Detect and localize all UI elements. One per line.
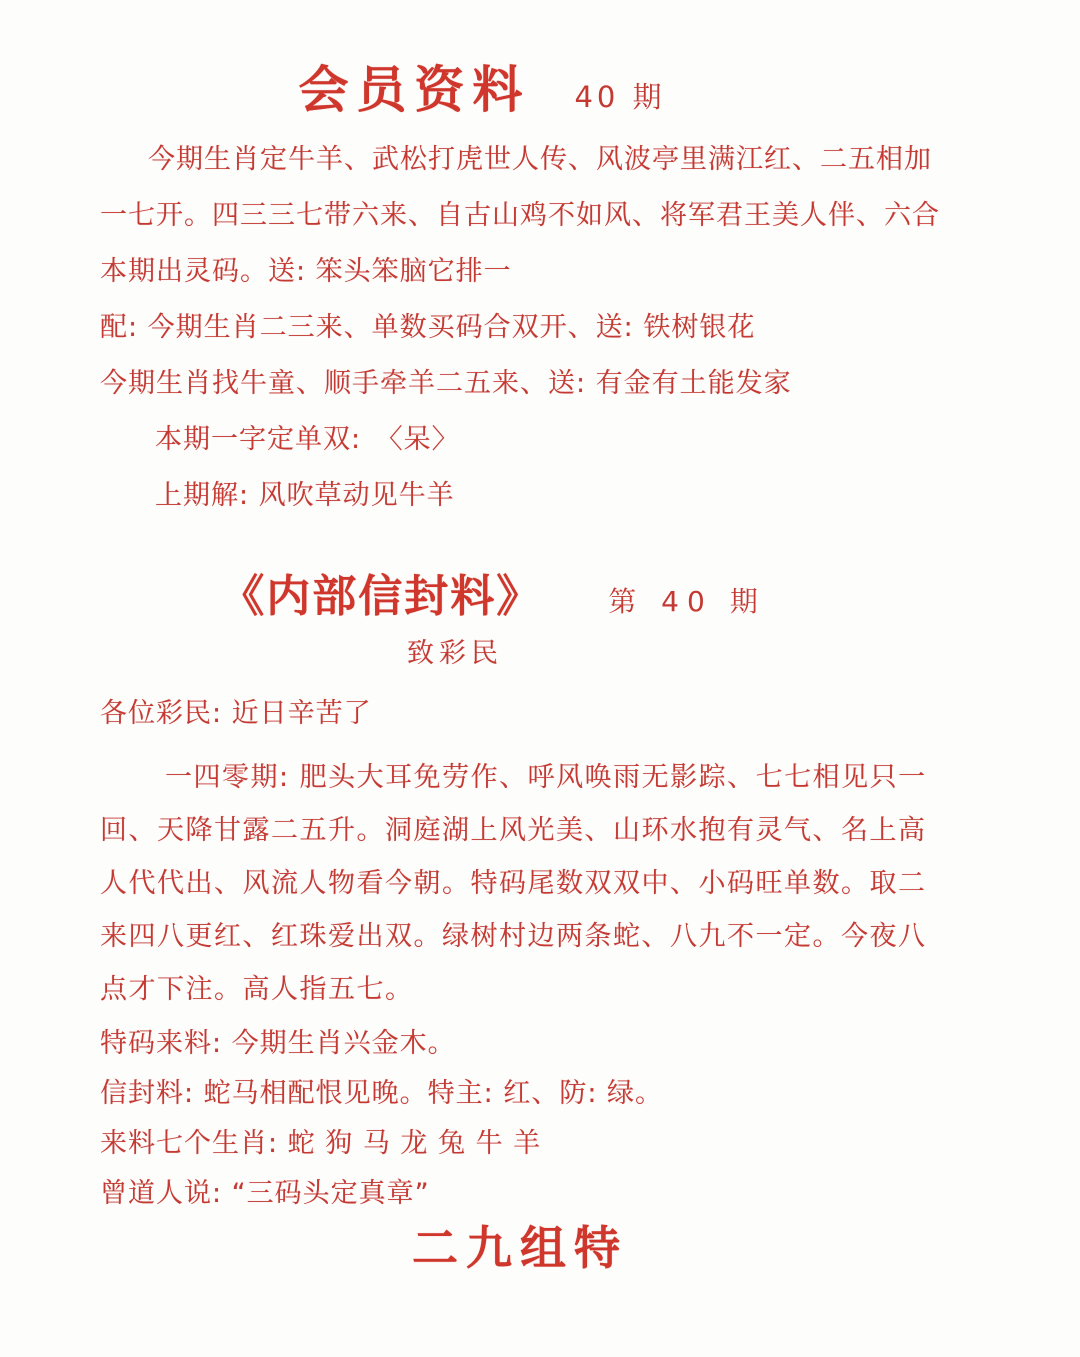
footer-text: 二九组特 bbox=[0, 1215, 1080, 1275]
greeting-line: 各位彩民: 近日辛苦了 bbox=[0, 692, 1080, 728]
paragraph-line-4: 来四八更红、红珠爱出双。绿树村边两条蛇、八九不一定。今夜八 bbox=[0, 907, 1080, 960]
paragraph-line-5: 点才下注。高人指五七。 bbox=[0, 960, 1080, 1013]
member-line-1: 今期生肖定牛羊、武松打虎世人传、风波亭里满江红、二五相加 bbox=[0, 128, 1080, 184]
member-line-4: 配: 今期生肖二三来、单数买码合双开、送: 铁树银花 bbox=[0, 296, 1080, 352]
member-line-7: 上期解: 风吹草动见牛羊 bbox=[0, 464, 1080, 520]
member-section-header: 会员资料 40 期 bbox=[0, 50, 1080, 112]
member-line-3: 本期出灵码。送: 笨头笨脑它排一 bbox=[0, 240, 1080, 296]
member-title: 会员资料 bbox=[298, 50, 530, 122]
paragraph-line-3: 人代代出、风流人物看今朝。特码尾数双双中、小码旺单数。取二 bbox=[0, 854, 1080, 907]
envelope-info-lines: 特码来料: 今期生肖兴金木。 信封料: 蛇马相配恨见晚。特主: 红、防: 绿。 … bbox=[0, 1015, 1080, 1215]
envelope-title: 《内部信封料》 bbox=[220, 560, 542, 624]
envelope-material-line: 信封料: 蛇马相配恨见晚。特主: 红、防: 绿。 bbox=[0, 1065, 1080, 1115]
member-section-body: 今期生肖定牛羊、武松打虎世人传、风波亭里满江红、二五相加 一七开。四三三七带六来… bbox=[0, 128, 1080, 520]
envelope-subtitle: 致彩民 bbox=[0, 634, 1080, 666]
paragraph-line-2: 回、天降甘露二五升。洞庭湖上风光美、山环水抱有灵气、名上高 bbox=[0, 801, 1080, 854]
member-issue-number: 40 期 bbox=[574, 75, 665, 116]
envelope-issue-number: 第 40 期 bbox=[608, 580, 765, 620]
zodiac-list-line: 来料七个生肖: 蛇 狗 马 龙 兔 牛 羊 bbox=[0, 1115, 1080, 1165]
paragraph-line-1: 一四零期: 肥头大耳免劳作、呼风唤雨无影踪、七七相见只一 bbox=[0, 748, 1080, 801]
member-line-2: 一七开。四三三七带六来、自古山鸡不如风、将军君王美人伴、六合 bbox=[0, 184, 1080, 240]
special-code-line: 特码来料: 今期生肖兴金木。 bbox=[0, 1015, 1080, 1065]
quote-line: 曾道人说: “三码头定真章” bbox=[0, 1165, 1080, 1215]
envelope-paragraph: 一四零期: 肥头大耳免劳作、呼风唤雨无影踪、七七相见只一 回、天降甘露二五升。洞… bbox=[0, 748, 1080, 1013]
envelope-section-header: 《内部信封料》 第 40 期 bbox=[0, 560, 1080, 622]
scanned-document: 会员资料 40 期 今期生肖定牛羊、武松打虎世人传、风波亭里满江红、二五相加 一… bbox=[0, 0, 1080, 1357]
member-line-6: 本期一字定单双: 〈呆〉 bbox=[0, 408, 1080, 464]
member-line-5: 今期生肖找牛童、顺手牵羊二五来、送: 有金有土能发家 bbox=[0, 352, 1080, 408]
